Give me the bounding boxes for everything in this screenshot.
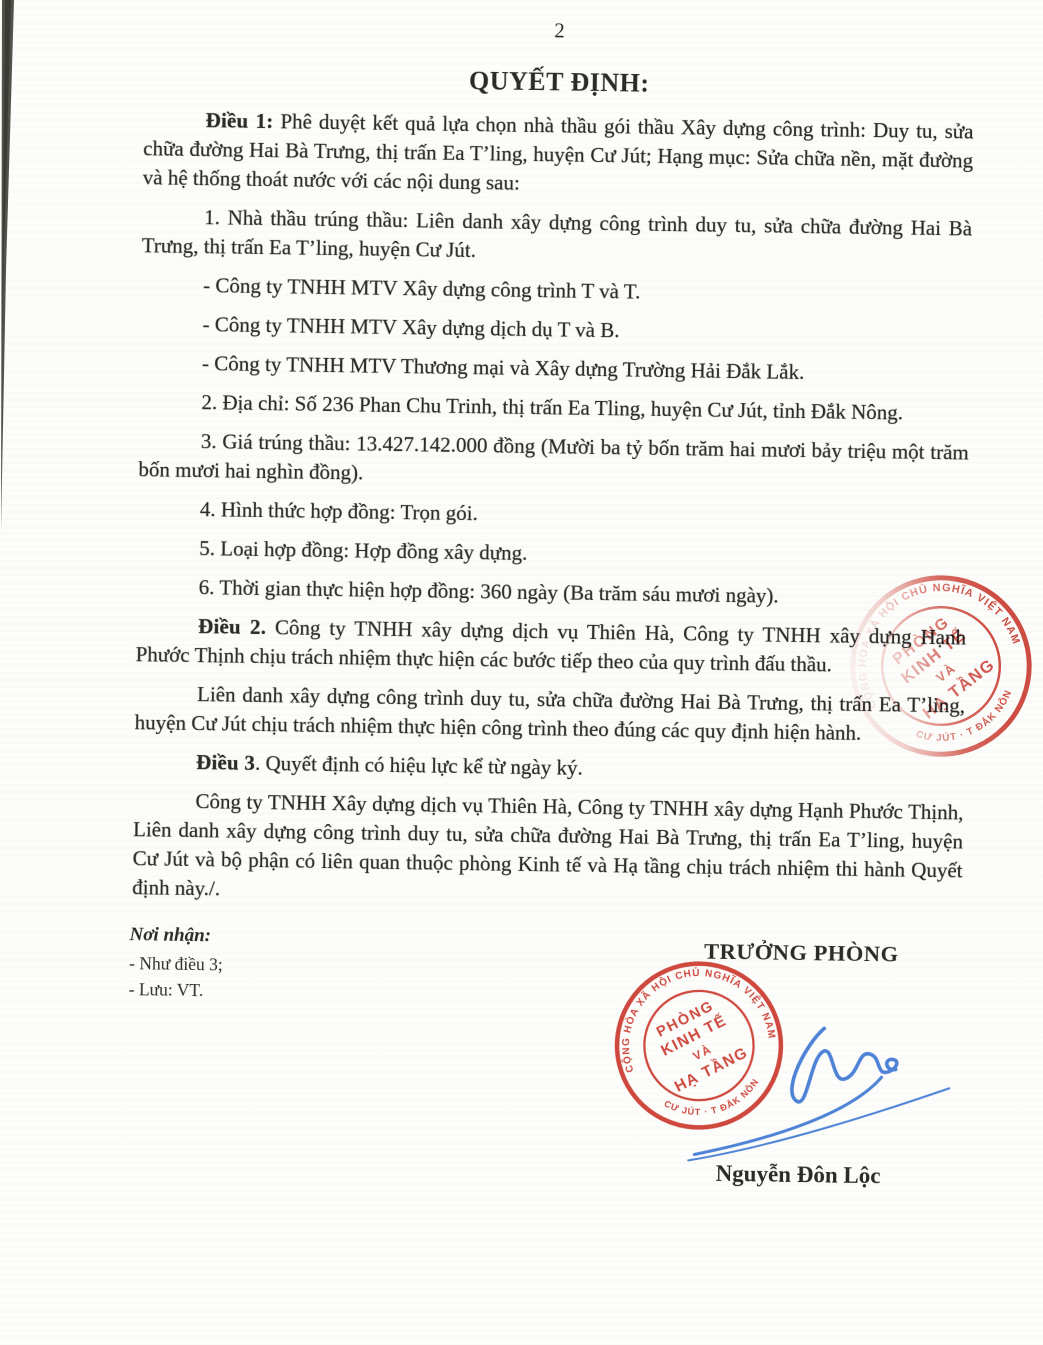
article-3-paragraph: Điều 3. Quyết định có hiệu lực kể từ ngà…: [134, 747, 964, 788]
address-paragraph: 2. Địa chỉ: Số 236 Phan Chu Trinh, thị t…: [139, 387, 969, 428]
scanned-document-page: 2 QUYẾT ĐỊNH: Điều 1: Phê duyệt kết quả …: [0, 0, 1043, 1345]
contract-form-paragraph: 4. Hình thức hợp đồng: Trọn gói.: [138, 494, 968, 535]
recipients-list: - Như điều 3; - Lưu: VT.: [129, 950, 223, 1003]
bidder-company-2: - Công ty TNHH MTV Xây dựng dịch dụ T và…: [140, 309, 970, 350]
bidder-company-3: - Công ty TNHH MTV Thương mại và Xây dựn…: [140, 348, 970, 389]
recipients-section: Nơi nhận: - Như điều 3; - Lưu: VT.: [129, 924, 224, 1003]
document-title: QUYẾT ĐỊNH:: [144, 61, 974, 103]
scan-edge-artifact: [0, 0, 20, 540]
signature-block: Nơi nhận: - Như điều 3; - Lưu: VT. TRƯỞN…: [127, 916, 962, 1238]
joint-venture-duty-paragraph: Liên danh xây dựng công trình duy tu, sử…: [134, 679, 965, 749]
contract-type-paragraph: 5. Loại hợp đồng: Hợp đồng xây dựng.: [137, 533, 967, 574]
winning-price-paragraph: 3. Giá trúng thầu: 13.427.142.000 đồng (…: [138, 426, 969, 496]
recipients-label: Nơi nhận:: [129, 924, 223, 947]
recipient-item: - Lưu: VT.: [129, 976, 223, 1003]
article-2-lead: Điều 2.: [198, 614, 266, 639]
article-1-paragraph: Điều 1: Phê duyệt kết quả lựa chọn nhà t…: [143, 105, 974, 204]
recipient-item: - Như điều 3;: [129, 950, 223, 977]
handwritten-signature: [636, 964, 979, 1189]
article-1-lead: Điều 1:: [205, 108, 273, 133]
article-3-lead: Điều 3: [196, 750, 255, 775]
implementation-paragraph: Công ty TNHH Xây dựng dịch vụ Thiên Hà, …: [132, 786, 964, 914]
page-number: 2: [145, 12, 975, 49]
winning-bidder-paragraph: 1. Nhà thầu trúng thầu: Liên danh xây dự…: [142, 202, 973, 272]
bidder-company-1: - Công ty TNHH MTV Xây dựng công trình T…: [141, 270, 971, 311]
document-body: Điều 1: Phê duyệt kết quả lựa chọn nhà t…: [132, 105, 974, 914]
